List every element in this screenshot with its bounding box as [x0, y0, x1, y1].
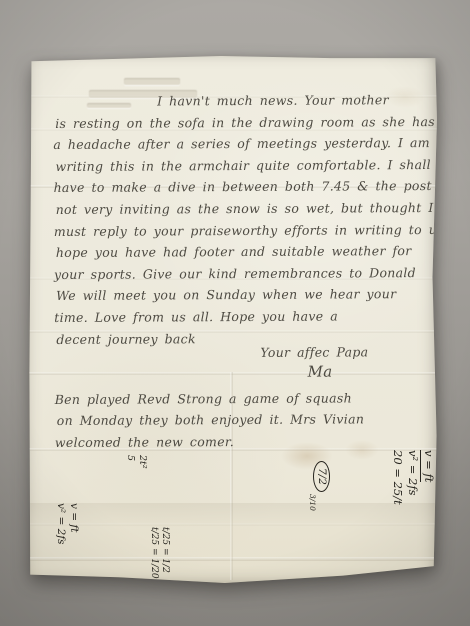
- handwritten-line: time. Love from us all. Hope you have a: [54, 305, 430, 329]
- handwritten-line: your sports. Give our kind remembrances …: [54, 262, 430, 286]
- bottom-fold-panel: [29, 503, 437, 583]
- formula-line: t/25 = 1/20: [148, 527, 159, 587]
- handwritten-line: hope you have had footer and suitable we…: [56, 240, 430, 264]
- handwritten-line: have to make a dive in between both 7.45…: [54, 175, 430, 199]
- handwritten-line: I havn't much news. Your mother: [53, 89, 429, 113]
- handwritten-line: writing this in the armchair quite comfo…: [55, 154, 429, 178]
- math-scribble-fractions: t/25 = 1/2 t/25 = 1/20: [148, 527, 171, 587]
- formula-line: 20 = 25/t: [391, 450, 405, 562]
- formula-line: v = ft: [420, 450, 436, 562]
- postscript-line: welcomed the new comer.: [55, 430, 431, 454]
- formula-line: t/25 = 1/2: [159, 527, 170, 587]
- math-scribble-left: v = ft v² = 2fs: [54, 503, 80, 575]
- postscript-line: Ben played Revd Strong a game of squash: [55, 387, 431, 411]
- formula-line: v = ft: [67, 503, 80, 575]
- formula-line: v² = 2fs: [54, 503, 67, 575]
- handwritten-line: a headache after a series of meetings ye…: [53, 132, 429, 156]
- handwritten-line: not very inviting as the snow is so wet,…: [56, 197, 430, 221]
- circled-figure: 7/2: [313, 461, 330, 492]
- letter-paper: I havn't much news. Your mother is resti…: [29, 56, 437, 583]
- letter-body: I havn't much news. Your mother is resti…: [53, 89, 431, 453]
- postscript-line: on Monday they both enjoyed it. Mrs Vivi…: [57, 408, 431, 432]
- photograph-backdrop: I havn't much news. Your mother is resti…: [0, 0, 470, 626]
- handwritten-line: must reply to your praiseworthy efforts …: [54, 219, 430, 243]
- signature-flourish: Ma: [54, 361, 430, 383]
- formula-line: v² = 2fs: [405, 450, 419, 562]
- handwritten-line: We will meet you on Sunday when we hear …: [56, 283, 430, 307]
- handwritten-line: is resting on the sofa in the drawing ro…: [55, 111, 429, 135]
- circle-annotation: 7/2: [313, 461, 330, 492]
- math-scribble-right: v = ft v² = 2fs 20 = 25/t: [391, 450, 436, 562]
- circled-figure-subscript: 3/10: [308, 494, 317, 511]
- fold-crease: [29, 557, 437, 561]
- fold-crease: [29, 523, 437, 526]
- embossed-letterhead: [124, 78, 180, 85]
- formula-line: 2t²: [136, 455, 148, 497]
- paper-surface: I havn't much news. Your mother is resti…: [29, 56, 437, 583]
- formula-line: 5: [124, 455, 136, 497]
- math-scribble-middle: 2t² 5: [124, 455, 148, 497]
